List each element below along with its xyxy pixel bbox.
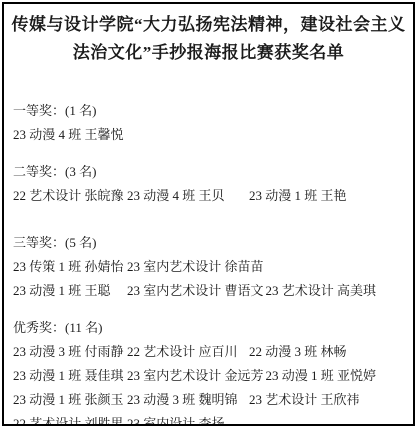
winner-entry: 22 动漫 3 班 林畅 bbox=[249, 340, 347, 364]
winner-entry: 23 室内艺术设计 曹语文 bbox=[127, 279, 264, 303]
section-header-third-prize: 三等奖：(5 名) bbox=[13, 231, 407, 255]
winner-row: 23 动漫 4 班 王馨悦 bbox=[13, 123, 407, 147]
winner-entry: 23 动漫 4 班 王馨悦 bbox=[13, 123, 125, 147]
winner-entry: 23 动漫 4 班 王贝 bbox=[127, 184, 247, 208]
document-title: 传媒与设计学院“大力弘扬宪法精神，建设社会主义 法治文化”手抄报海报比赛获奖名单 bbox=[4, 4, 413, 67]
winner-entry: 23 动漫 1 班 亚悦婷 bbox=[266, 364, 377, 388]
winner-entry: 23 艺术设计 高美琪 bbox=[266, 279, 377, 303]
winner-entry: 23 室内设计 李扬 bbox=[127, 412, 247, 426]
winner-row: 22 艺术设计 刘胜男 23 室内设计 李扬 bbox=[13, 412, 407, 426]
winner-entry: 23 动漫 3 班 魏明锦 bbox=[127, 388, 247, 412]
document-title-line-2: 法治文化”手抄报海报比赛获奖名单 bbox=[4, 39, 413, 67]
winner-entry: 22 艺术设计 刘胜男 bbox=[13, 412, 125, 426]
winner-row: 23 动漫 1 班 张颜玉 23 动漫 3 班 魏明锦 23 艺术设计 王欣祎 bbox=[13, 388, 407, 412]
winner-entry: 23 动漫 1 班 王艳 bbox=[249, 184, 347, 208]
winner-entry: 23 室内艺术设计 金远芳 bbox=[127, 364, 264, 388]
winner-row: 23 动漫 1 班 王聪 23 室内艺术设计 曹语文 23 艺术设计 高美琪 bbox=[13, 279, 407, 303]
section-excellence-award: 优秀奖：(11 名) 23 动漫 3 班 付雨静 22 艺术设计 应百川 22 … bbox=[13, 316, 407, 426]
winner-entry: 23 室内艺术设计 徐苗苗 bbox=[127, 255, 264, 279]
winner-row: 23 动漫 1 班 聂佳琪 23 室内艺术设计 金远芳 23 动漫 1 班 亚悦… bbox=[13, 364, 407, 388]
winner-entry: 23 动漫 3 班 付雨静 bbox=[13, 340, 125, 364]
winner-entry: 23 动漫 1 班 王聪 bbox=[13, 279, 125, 303]
section-second-prize: 二等奖：(3 名) 22 艺术设计 张皖豫 23 动漫 4 班 王贝 23 动漫… bbox=[13, 160, 407, 208]
document-border-frame: 传媒与设计学院“大力弘扬宪法精神，建设社会主义 法治文化”手抄报海报比赛获奖名单… bbox=[2, 2, 415, 426]
winner-row: 23 动漫 3 班 付雨静 22 艺术设计 应百川 22 动漫 3 班 林畅 bbox=[13, 340, 407, 364]
award-list-body: 一等奖：(1 名) 23 动漫 4 班 王馨悦 二等奖：(3 名) 22 艺术设… bbox=[4, 99, 413, 426]
winner-entry: 22 艺术设计 张皖豫 bbox=[13, 184, 125, 208]
document-title-line-1: 传媒与设计学院“大力弘扬宪法精神，建设社会主义 bbox=[4, 11, 413, 39]
winner-row: 22 艺术设计 张皖豫 23 动漫 4 班 王贝 23 动漫 1 班 王艳 bbox=[13, 184, 407, 208]
winner-entry: 23 传策 1 班 孙婧怡 bbox=[13, 255, 125, 279]
winner-entry: 22 艺术设计 应百川 bbox=[127, 340, 247, 364]
winner-entry: 23 动漫 1 班 聂佳琪 bbox=[13, 364, 125, 388]
section-first-prize: 一等奖：(1 名) 23 动漫 4 班 王馨悦 bbox=[13, 99, 407, 147]
winner-entry: 23 艺术设计 王欣祎 bbox=[249, 388, 360, 412]
winner-row: 23 传策 1 班 孙婧怡 23 室内艺术设计 徐苗苗 bbox=[13, 255, 407, 279]
section-header-excellence-award: 优秀奖：(11 名) bbox=[13, 316, 407, 340]
section-header-second-prize: 二等奖：(3 名) bbox=[13, 160, 407, 184]
section-third-prize: 三等奖：(5 名) 23 传策 1 班 孙婧怡 23 室内艺术设计 徐苗苗 23… bbox=[13, 231, 407, 303]
winner-entry: 23 动漫 1 班 张颜玉 bbox=[13, 388, 125, 412]
section-header-first-prize: 一等奖：(1 名) bbox=[13, 99, 407, 123]
